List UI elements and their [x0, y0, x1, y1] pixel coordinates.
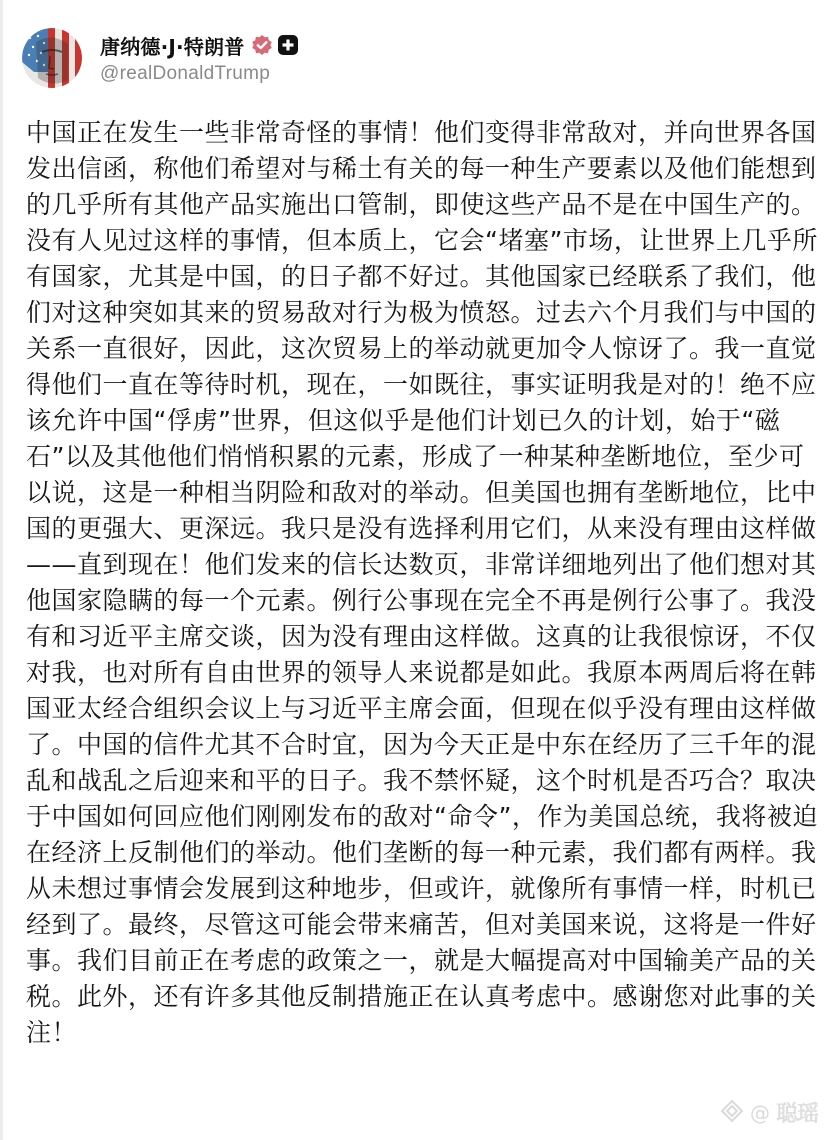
post-line: 以说，这是一种相当阴险和敌对的举动。但美国也拥有垄断地位，比中	[26, 475, 806, 511]
post-line: 了。中国的信件尤其不合时宜，因为今天正是中东在经历了三千年的混	[26, 727, 806, 763]
post-line: 于中国如何回应他们刚刚发布的敌对“命令”，作为美国总统，我将被迫	[26, 799, 806, 835]
avatar-flag-portrait-icon	[22, 28, 82, 88]
post-line: 乱和战乱之后迎来和平的日子。我不禁怀疑，这个时机是否巧合？取决	[26, 763, 806, 799]
diamond-logo-icon	[720, 1099, 744, 1127]
post-line: 从未想过事情会发展到这种地步，但或许，就像所有事情一样，时机已	[26, 871, 806, 907]
post-line: 有国家，尤其是中国，的日子都不好过。其他国家已经联系了我们，他	[26, 259, 806, 295]
post-line: 经到了。最终，尽管这可能会带来痛苦，但对美国来说，这将是一件好	[26, 907, 806, 943]
post-line: 的几乎所有其他产品实施出口管制，即使这些产品不是在中国生产的。	[26, 187, 806, 223]
left-edge-border	[0, 0, 3, 1140]
name-row: 唐纳德·J·特朗普	[100, 31, 298, 59]
post-line: 注！	[26, 1015, 806, 1051]
watermark-name: 聪瑶	[776, 1097, 818, 1128]
post-line: 发出信函，称他们希望对与稀土有关的每一种生产要素以及他们能想到	[26, 151, 806, 187]
post-header: 唐纳德·J·特朗普 @realDonaldTrump	[22, 27, 298, 89]
post-line: 国的更强大、更深远。我只是没有选择利用它们，从来没有理由这样做	[26, 511, 806, 547]
watermark: @ 聪瑶	[720, 1097, 818, 1128]
verified-badge-icon	[251, 34, 273, 56]
post-line: 在经济上反制他们的举动。他们垄断的每一种元素，我们都有两样。我	[26, 835, 806, 871]
avatar[interactable]	[22, 28, 82, 88]
post-line: 石”以及其他他们悄悄积累的元素，形成了一种某种垄断地位，至少可	[26, 439, 806, 475]
post-line: 有和习近平主席交谈，因为没有理由这样做。这真的让我很惊讶，不仅	[26, 619, 806, 655]
post-line: 关系一直很好，因此，这次贸易上的举动就更加令人惊讶了。我一直觉	[26, 331, 806, 367]
post-line: 对我，也对所有自由世界的领导人来说都是如此。我原本两周后将在韩	[26, 655, 806, 691]
plus-badge-icon	[278, 35, 298, 55]
post-line: 得他们一直在等待时机，现在，一如既往，事实证明我是对的！绝不应	[26, 367, 806, 403]
user-handle[interactable]: @realDonaldTrump	[100, 63, 298, 85]
post-line: 没有人见过这样的事情，但本质上，它会“堵塞”市场，让世界上几乎所	[26, 223, 806, 259]
post-line: 他国家隐瞒的每一个元素。例行公事现在完全不再是例行公事了。我没	[26, 583, 806, 619]
post-line: 该允许中国“俘虏”世界，但这似乎是他们计划已久的计划，始于“磁	[26, 403, 806, 439]
watermark-at-symbol: @	[750, 1101, 770, 1125]
display-name[interactable]: 唐纳德·J·特朗普	[100, 31, 244, 60]
post-line: 中国正在发生一些非常奇怪的事情！他们变得非常敌对，并向世界各国	[26, 115, 806, 151]
author-block: 唐纳德·J·特朗普 @realDonaldTrump	[100, 31, 298, 85]
post-line: ——直到现在！他们发来的信长达数页，非常详细地列出了他们想对其	[26, 547, 806, 583]
post-line: 税。此外，还有许多其他反制措施正在认真考虑中。感谢您对此事的关	[26, 979, 806, 1015]
post-body: 中国正在发生一些非常奇怪的事情！他们变得非常敌对，并向世界各国 发出信函，称他们…	[26, 115, 806, 1051]
post-line: 们对这种突如其来的贸易敌对行为极为愤怒。过去六个月我们与中国的	[26, 295, 806, 331]
post-line: 事。我们目前正在考虑的政策之一，就是大幅提高对中国输美产品的关	[26, 943, 806, 979]
post-line: 国亚太经合组织会议上与习近平主席会面，但现在似乎没有理由这样做	[26, 691, 806, 727]
